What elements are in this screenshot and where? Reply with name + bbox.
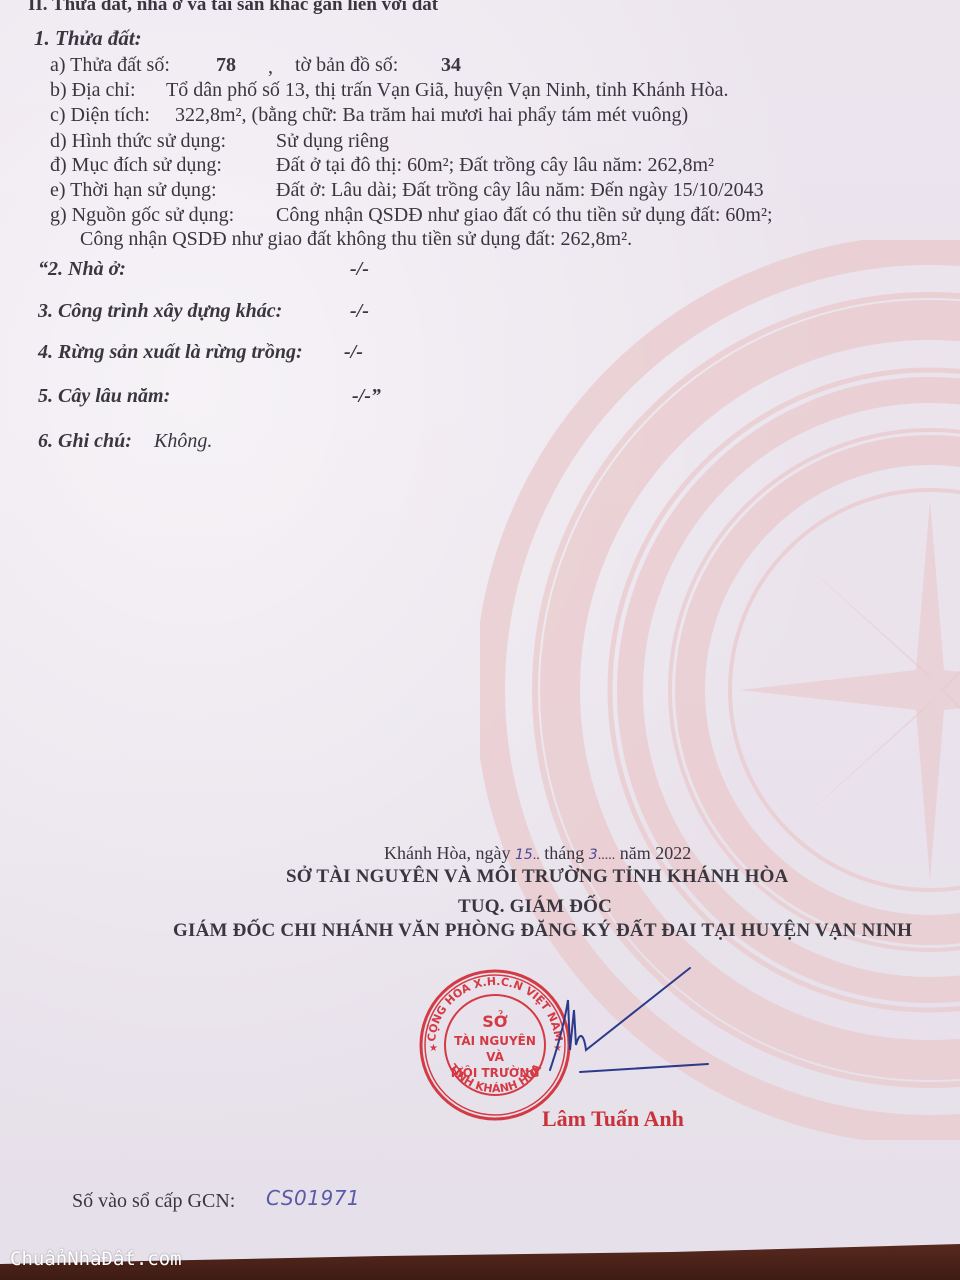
parcel-number-label: a) Thửa đất số: xyxy=(50,54,170,77)
svg-text:TÀI NGUYÊN: TÀI NGUYÊN xyxy=(454,1033,536,1048)
svg-text:★: ★ xyxy=(429,1043,438,1054)
area-value: 322,8m², (bằng chữ: Ba trăm hai mươi hai… xyxy=(175,104,688,127)
signer-name: Lâm Tuấn Anh xyxy=(542,1106,684,1132)
perennial-trees-value: -/-” xyxy=(352,385,381,408)
planted-forest-value: -/- xyxy=(344,341,363,364)
other-construction-label: 3. Công trình xây dựng khác: xyxy=(38,300,282,323)
usage-form-label: d) Hình thức sử dụng: xyxy=(50,130,226,153)
map-sheet-value: 34 xyxy=(441,54,461,77)
section-heading: II. Thửa đất, nhà ở và tài sản khác gắn … xyxy=(28,0,438,16)
land-parcel-title: 1. Thửa đất: xyxy=(34,26,142,51)
day-value: 15 xyxy=(515,847,533,863)
year-text: năm 2022 xyxy=(620,843,692,863)
other-construction-value: -/- xyxy=(350,300,369,323)
month-label: tháng xyxy=(544,843,584,863)
place-date-prefix: Khánh Hòa, ngày xyxy=(384,843,510,863)
site-watermark: ChuẩnNhàĐất.com xyxy=(10,1248,182,1270)
origin-value-2: Công nhận QSDĐ như giao đất không thu ti… xyxy=(80,228,632,251)
registry-value: CS01971 xyxy=(266,1186,360,1210)
note-value: Không. xyxy=(154,430,212,453)
svg-text:MÔI TRƯỜNG: MÔI TRƯỜNG xyxy=(451,1065,540,1080)
parcel-separator: , xyxy=(268,56,273,79)
address-label: b) Địa chỉ: xyxy=(50,79,136,102)
place-date-line: Khánh Hòa, ngày 15.. tháng 3..... năm 20… xyxy=(384,843,691,864)
usage-term-label: e) Thời hạn sử dụng: xyxy=(50,179,217,202)
on-behalf-title: TUQ. GIÁM ĐỐC xyxy=(458,896,612,918)
usage-purpose-label: đ) Mục đích sử dụng: xyxy=(50,154,222,177)
usage-term-value: Đất ở: Lâu dài; Đất trồng cây lâu năm: Đ… xyxy=(276,179,764,202)
signature-icon xyxy=(540,960,740,1080)
svg-text:VÀ: VÀ xyxy=(486,1049,504,1064)
perennial-trees-label: 5. Cây lâu năm: xyxy=(38,385,170,408)
registry-label: Số vào sổ cấp GCN: xyxy=(72,1190,235,1213)
parcel-number-value: 78 xyxy=(216,54,236,77)
usage-purpose-value: Đất ở tại đô thị: 60m²; Đất trồng cây lâ… xyxy=(276,154,714,177)
usage-form-value: Sử dụng riêng xyxy=(276,130,389,153)
svg-text:SỞ: SỞ xyxy=(482,1010,508,1031)
note-label: 6. Ghi chú: xyxy=(38,430,132,453)
origin-label: g) Nguồn gốc sử dụng: xyxy=(50,204,234,227)
issuing-organization: SỞ TÀI NGUYÊN VÀ MÔI TRƯỜNG TỈNH KHÁNH H… xyxy=(286,866,788,888)
map-sheet-label: tờ bản đồ số: xyxy=(295,54,398,77)
area-label: c) Diện tích: xyxy=(50,104,150,127)
signer-position: GIÁM ĐỐC CHI NHÁNH VĂN PHÒNG ĐĂNG KÝ ĐẤT… xyxy=(173,920,912,942)
address-value: Tổ dân phố số 13, thị trấn Vạn Giã, huyệ… xyxy=(166,79,729,102)
house-label: “2. Nhà ở: xyxy=(38,258,126,281)
planted-forest-label: 4. Rừng sản xuất là rừng trồng: xyxy=(38,341,303,364)
house-value: -/- xyxy=(350,258,369,281)
month-value: 3 xyxy=(589,847,598,863)
origin-value-1: Công nhận QSDĐ như giao đất có thu tiền … xyxy=(276,204,773,227)
